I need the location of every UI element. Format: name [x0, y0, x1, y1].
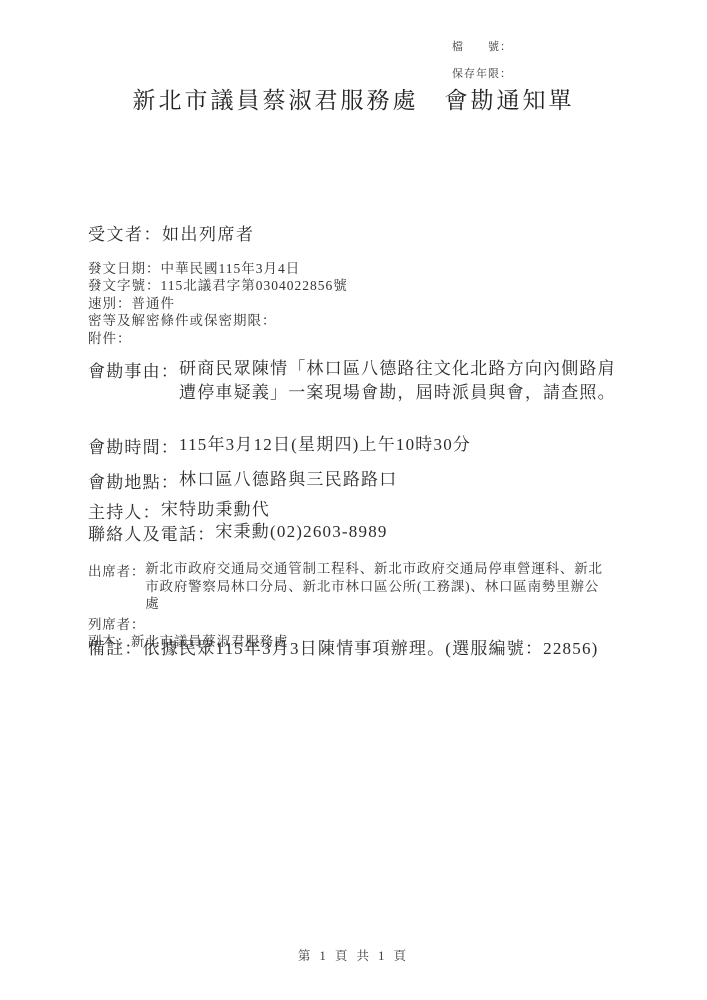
attendees-value: 新北市政府交通局交通管制工程科、新北市政府交通局停車營運科、新北市政府警察局林口… [145, 560, 607, 613]
page-number-footer: 第 1 頁 共 1 頁 [0, 946, 707, 964]
survey-location-value: 林口區八德路與三民路路口 [179, 468, 397, 492]
colon: ： [146, 278, 161, 293]
observers-row: 列席者： [88, 616, 607, 634]
colon: ： [144, 225, 163, 244]
attendees-label: 出席者 [88, 560, 131, 580]
colon: ： [161, 468, 179, 493]
recipient-label: 受文者 [88, 225, 144, 244]
speed-class-value: 普通件 [132, 296, 176, 311]
remarks-value: 依據民眾115年3月3日陳情事項辦理。(選服編號：22856) [143, 639, 599, 658]
survey-location-field: 會勘地點：林口區八德路與三民路路口 [88, 468, 397, 493]
attendees-row: 出席者：新北市政府交通局交通管制工程科、新北市政府交通局停車營運科、新北市政府警… [88, 560, 607, 613]
issue-date-value: 中華民國115年3月4日 [161, 261, 301, 276]
colon: ： [131, 617, 145, 632]
doc-number-row: 發文字號：115北議君字第0304022856號 [88, 277, 348, 294]
doc-number-label: 發文字號 [88, 278, 146, 293]
meta-block: 發文日期：中華民國115年3月4日 發文字號：115北議君字第030402285… [88, 260, 348, 347]
colon: ： [197, 520, 215, 545]
remarks-line: 備註：依據民眾115年3月3日陳情事項辦理。(選服編號：22856) [88, 634, 599, 659]
security-class-row: 密等及解密條件或保密期限： [88, 312, 348, 329]
page-title: 新北市議員蔡淑君服務處 會勘通知單 [0, 82, 707, 115]
speed-class-label: 速別 [88, 296, 117, 311]
contact-value: 宋秉勳(02)2603-8989 [215, 520, 387, 544]
survey-time-field: 會勘時間：115年3月12日(星期四)上午10時30分 [88, 433, 471, 458]
colon: ： [124, 639, 142, 658]
colon: ： [117, 296, 132, 311]
colon: ： [131, 560, 145, 580]
document-page: 檔 號： 保存年限： 新北市議員蔡淑君服務處 會勘通知單 受文者：如出列席者 發… [0, 0, 707, 1000]
issue-date-label: 發文日期 [88, 261, 146, 276]
doc-number-value: 115北議君字第0304022856號 [161, 278, 348, 293]
speed-class-row: 速別：普通件 [88, 295, 348, 312]
survey-time-label: 會勘時間 [88, 433, 161, 458]
attachment-row: 附件： [88, 330, 348, 347]
observers-label: 列席者 [88, 617, 131, 632]
contact-field: 聯絡人及電話：宋秉勳(02)2603-8989 [88, 520, 388, 545]
survey-subject-field: 會勘事由：研商民眾陳情「林口區八德路往文化北路方向內側路肩遭停車疑義」一案現場會… [88, 357, 617, 405]
colon: ： [161, 433, 179, 458]
survey-subject-value: 研商民眾陳情「林口區八德路往文化北路方向內側路肩遭停車疑義」一案現場會勘，屆時派… [179, 357, 617, 405]
colon: ： [146, 261, 161, 276]
file-number-label: 檔 號： [452, 38, 512, 54]
recipient-line: 受文者：如出列席者 [88, 220, 255, 245]
issue-date-row: 發文日期：中華民國115年3月4日 [88, 260, 348, 277]
survey-subject-label: 會勘事由 [88, 357, 161, 382]
remarks-label: 備註 [88, 639, 124, 658]
host-value: 宋特助秉勳代 [161, 498, 270, 522]
survey-location-label: 會勘地點 [88, 468, 161, 493]
security-class-label: 密等及解密條件或保密期限 [88, 313, 262, 328]
retention-period-label: 保存年限： [452, 65, 512, 81]
colon: ： [262, 313, 277, 328]
attachment-label: 附件 [88, 331, 117, 346]
survey-time-value: 115年3月12日(星期四)上午10時30分 [179, 433, 471, 457]
contact-label: 聯絡人及電話 [88, 520, 197, 545]
colon: ： [117, 331, 132, 346]
recipient-value: 如出列席者 [162, 225, 255, 244]
colon: ： [161, 357, 179, 382]
